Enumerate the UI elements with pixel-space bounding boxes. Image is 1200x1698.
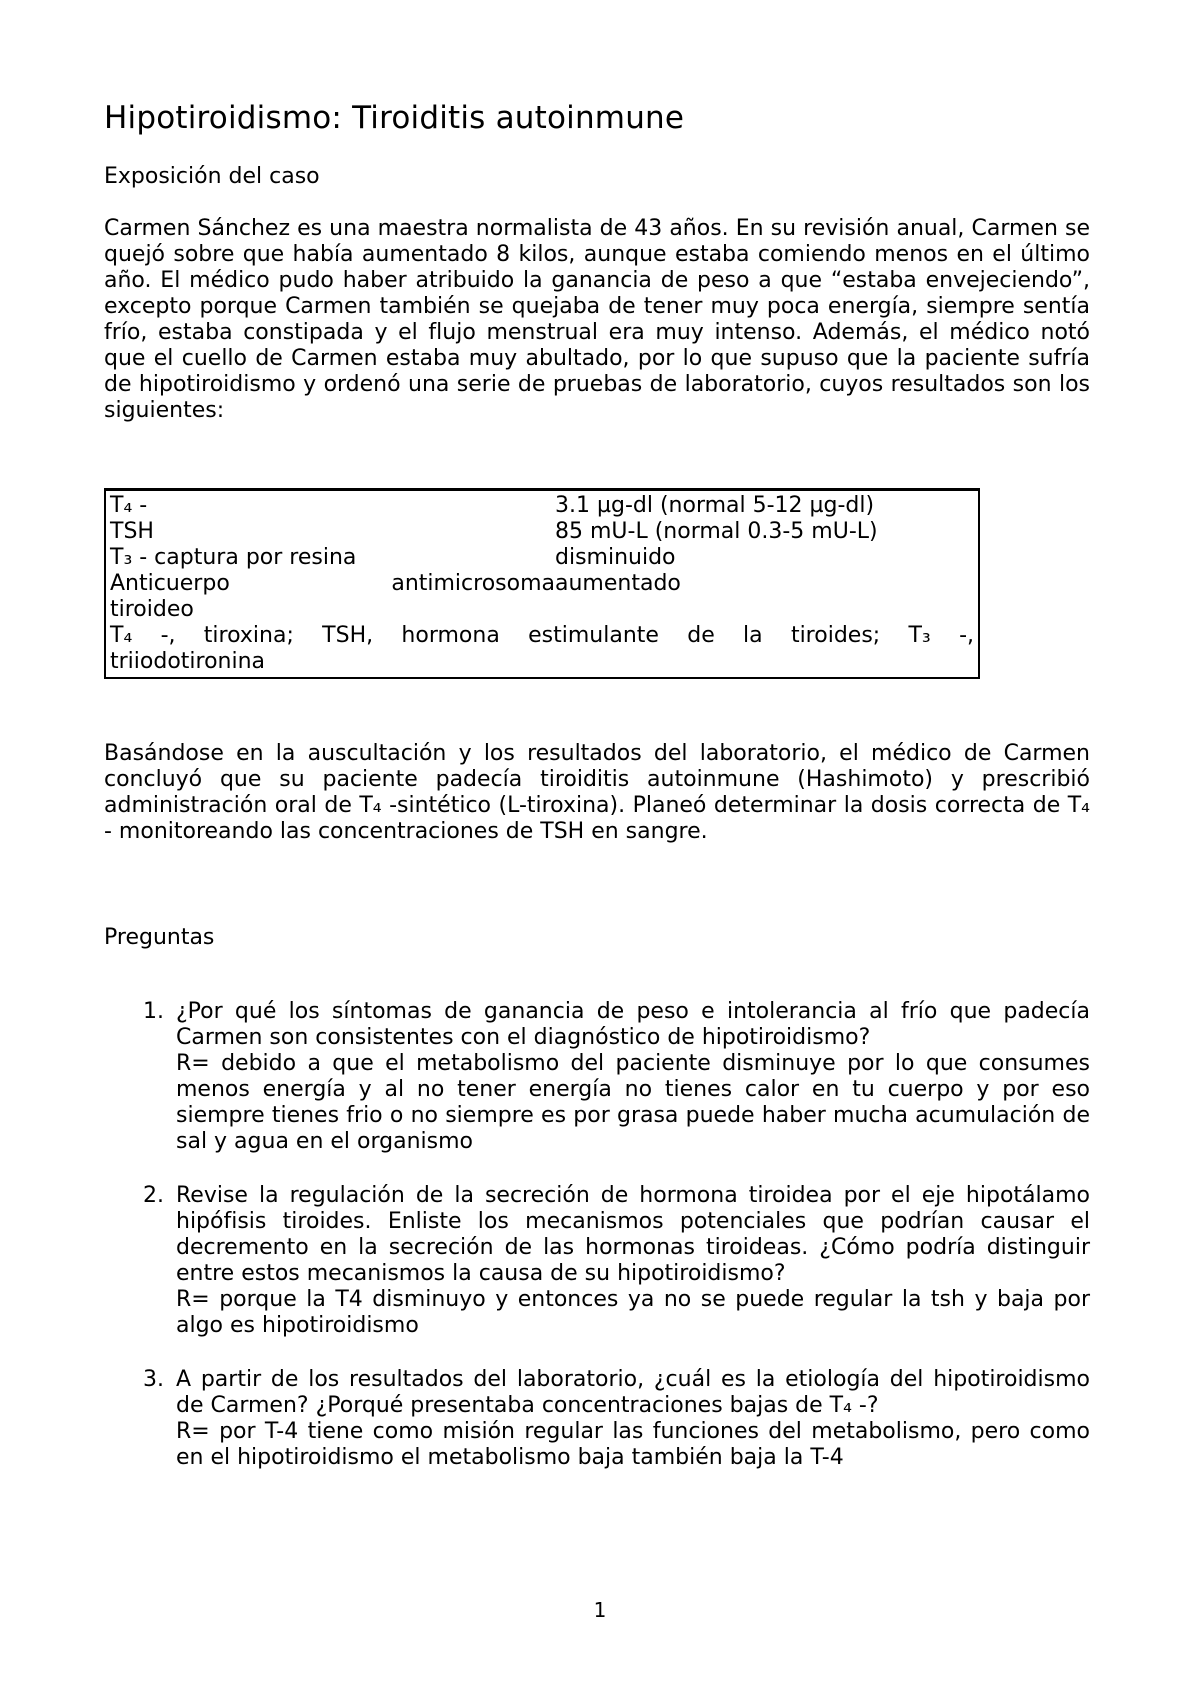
table-row-t3-resina: T₃ - captura por resina disminuido <box>110 545 974 571</box>
table-cell-value: disminuido <box>555 545 974 571</box>
table-cell-value <box>555 597 974 623</box>
table-row-tsh: TSH 85 mU-L (normal 0.3-5 mU-L) <box>110 519 974 545</box>
table-cell-label: T₄ - <box>110 493 555 519</box>
document-page: Hipotiroidismo: Tiroiditis autoinmune Ex… <box>0 0 1200 1698</box>
answer-text: R= porque la T4 disminuyo y entonces ya … <box>176 1287 1090 1339</box>
question-number: 2. <box>104 1183 176 1339</box>
table-cell-label: TSH <box>110 519 555 545</box>
question-item-1: 1. ¿Por qué los síntomas de ganancia de … <box>104 999 1090 1155</box>
question-body: A partir de los resultados del laborator… <box>176 1367 1090 1471</box>
page-title: Hipotiroidismo: Tiroiditis autoinmune <box>104 100 1090 136</box>
lab-results-table: T₄ - 3.1 µg-dl (normal 5-12 µg-dl) TSH 8… <box>104 488 980 679</box>
table-footnote-line1: T₄ -, tiroxina; TSH, hormona estimulante… <box>110 623 974 649</box>
question-item-2: 2. Revise la regulación de la secreción … <box>104 1183 1090 1339</box>
page-number: 1 <box>0 1598 1200 1622</box>
question-text: Revise la regulación de la secreción de … <box>176 1183 1090 1287</box>
table-cell-label: T₃ - captura por resina <box>110 545 555 571</box>
question-body: ¿Por qué los síntomas de ganancia de pes… <box>176 999 1090 1155</box>
table-row-anticuerpo: Anticuerpo antimicrosoma aumentado <box>110 571 974 597</box>
table-cell-label: tiroideo <box>110 597 555 623</box>
table-footnote-line2: triiodotironina <box>110 649 974 675</box>
conclusion-paragraph: Basándose en la auscultación y los resul… <box>104 741 1090 845</box>
table-cell-value: 3.1 µg-dl (normal 5-12 µg-dl) <box>555 493 974 519</box>
question-number: 3. <box>104 1367 176 1471</box>
question-number: 1. <box>104 999 176 1155</box>
question-item-3: 3. A partir de los resultados del labora… <box>104 1367 1090 1471</box>
table-row-tiroideo: tiroideo <box>110 597 974 623</box>
table-cell-label: Anticuerpo antimicrosoma <box>110 571 555 597</box>
answer-text: R= por T-4 tiene como misión regular las… <box>176 1419 1090 1471</box>
table-cell-value: 85 mU-L (normal 0.3-5 mU-L) <box>555 519 974 545</box>
question-text: ¿Por qué los síntomas de ganancia de pes… <box>176 999 1090 1051</box>
section-heading-exposicion: Exposición del caso <box>104 164 1090 190</box>
question-body: Revise la regulación de la secreción de … <box>176 1183 1090 1339</box>
table-row-t4: T₄ - 3.1 µg-dl (normal 5-12 µg-dl) <box>110 493 974 519</box>
questions-heading: Preguntas <box>104 925 1090 951</box>
question-text: A partir de los resultados del laborator… <box>176 1367 1090 1419</box>
case-paragraph: Carmen Sánchez es una maestra normalista… <box>104 216 1090 424</box>
questions-list: 1. ¿Por qué los síntomas de ganancia de … <box>104 999 1090 1471</box>
answer-text: R= debido a que el metabolismo del pacie… <box>176 1051 1090 1155</box>
table-cell-value: aumentado <box>555 571 974 597</box>
